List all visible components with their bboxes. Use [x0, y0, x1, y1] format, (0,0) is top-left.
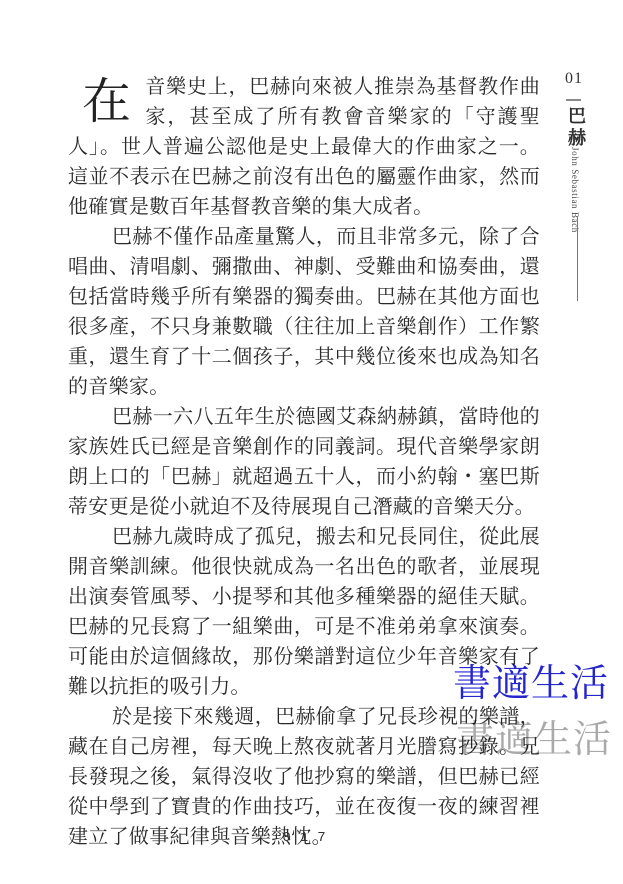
paragraph: 巴赫不僅作品產量驚人，而且非常多元，除了合唱曲、清唱劇、彌撒曲、神劇、受難曲和協… — [68, 222, 540, 402]
drop-cap: 在 — [68, 72, 145, 129]
chapter-number: 01 — [565, 70, 591, 88]
paragraph: 在音樂史上，巴赫向來被人推崇為基督教作曲家，甚至成了所有教會音樂家的「守護聖人」… — [68, 72, 540, 222]
paragraph: 巴赫九歲時成了孤兒，搬去和兄長同住，從此展開音樂訓練。他很快就成為一名出色的歌者… — [68, 522, 540, 702]
page-number: 017 — [68, 830, 540, 846]
chapter-subtitle: John Sebastian Bach — [570, 147, 580, 233]
chapter-divider-dash — [566, 99, 581, 101]
sidebar-vertical-rule — [577, 216, 578, 301]
chapter-title: 巴赫 — [563, 106, 589, 150]
paragraph: 巴赫一六八五年生於德國艾森納赫鎮，當時他的家族姓氏已經是音樂創作的同義詞。現代音… — [68, 402, 540, 522]
body-text-column: 在音樂史上，巴赫向來被人推崇為基督教作曲家，甚至成了所有教會音樂家的「守護聖人」… — [68, 72, 540, 852]
book-page: 在音樂史上，巴赫向來被人推崇為基督教作曲家，甚至成了所有教會音樂家的「守護聖人」… — [0, 0, 623, 884]
